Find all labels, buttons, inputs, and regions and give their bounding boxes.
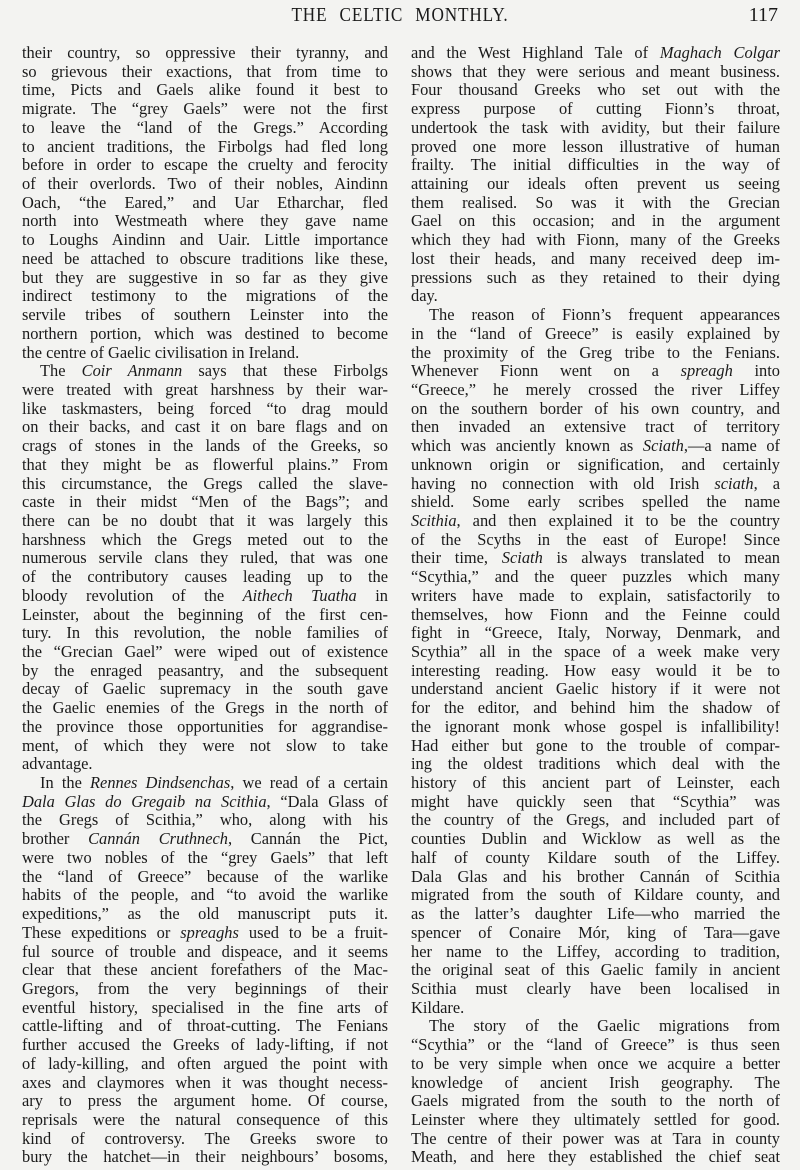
text-line: knowledge of ancient Irish geography. Th… — [411, 1074, 780, 1093]
text-line: Scythia” all in the space of a week make… — [411, 643, 780, 662]
line-text: , a — [754, 474, 780, 493]
text-line: bury the hatchet—in their neighbours’ bo… — [22, 1148, 388, 1167]
page-number: 117 — [749, 4, 778, 27]
line-text: numerous servile clans they ruled, that … — [22, 548, 388, 567]
line-text: expeditions,” as the old manuscript puts… — [22, 904, 388, 923]
italic-term: Aithech Tuatha — [243, 586, 357, 605]
text-line: there can be no doubt that it was largel… — [22, 512, 388, 531]
text-line: tury. In this revolution, the noble fami… — [22, 624, 388, 643]
line-text: shows that they were serious and meant b… — [411, 62, 780, 81]
text-line: “Scythia,” and the queer puzzles which m… — [411, 568, 780, 587]
line-text: there can be no doubt that it was largel… — [22, 511, 388, 530]
line-text: “Scythia” or the “land of Greece” is thu… — [411, 1035, 780, 1054]
line-text: her name to the Liffey, according to tra… — [411, 942, 780, 961]
line-text: ment, of which they were not slow to tak… — [22, 736, 388, 755]
line-text: by the enraged peasantry, and the subseq… — [22, 661, 388, 680]
text-line: for the editor, and behind him the shado… — [411, 699, 780, 718]
text-line: half of county Kildare south of the Liff… — [411, 849, 780, 868]
line-text: “Greece,” he merely crossed the river Li… — [411, 380, 780, 399]
line-text: , “Dala Glass of — [267, 792, 388, 811]
text-line: lost their heads, and many received deep… — [411, 250, 780, 269]
line-text: pressions such as they retained to their… — [411, 268, 780, 287]
italic-term: Sciath — [502, 548, 543, 567]
text-line: bloody revolution of the Aithech Tuatha … — [22, 587, 388, 606]
italic-term: Coir Anmann — [82, 361, 183, 380]
line-text: caste in their midst “Men of the Bags”; … — [22, 492, 388, 511]
line-text: before in order to escape the cruelty an… — [22, 155, 388, 174]
line-text: , and then explained it to be the countr… — [457, 511, 780, 530]
text-line: their country, so oppressive their tyran… — [22, 44, 388, 63]
italic-term: Scithia — [411, 511, 457, 530]
line-text: Scythia” all in the space of a week make… — [411, 642, 780, 661]
text-line: Gregors, from the very beginnings of the… — [22, 980, 388, 999]
text-line: undertook the task with avidity, but the… — [411, 119, 780, 138]
text-line: The story of the Gaelic migrations from — [411, 1017, 780, 1036]
line-text: , we read of a certain — [230, 773, 388, 792]
text-line: expeditions,” as the old manuscript puts… — [22, 905, 388, 924]
line-text: the Gaelic enemies of the Gregs in the n… — [22, 698, 388, 717]
text-line: reprisals were the natural consequence o… — [22, 1111, 388, 1130]
text-line: to Loughs Aindinn and Uair. Little impor… — [22, 231, 388, 250]
line-text: advantage. — [22, 754, 93, 773]
text-line: of the Scyths in the east of Europe! Sin… — [411, 531, 780, 550]
text-line: time, Picts and Gaels alike found it bes… — [22, 81, 388, 100]
line-text: into — [733, 361, 780, 380]
line-text: used to be a fruit- — [239, 923, 388, 942]
line-text: bloody revolution of the — [22, 586, 243, 605]
line-text: the ignorant monk whose gospel is infall… — [411, 717, 780, 736]
line-text: reprisals were the natural consequence o… — [22, 1110, 388, 1129]
line-text: habits of the people, and “to avoid the … — [22, 885, 388, 904]
line-text: Scithia must clearly have been localised… — [411, 979, 780, 998]
line-text: The story of the Gaelic migrations from — [429, 1016, 780, 1035]
text-line: crags of stones in the lands of the Gree… — [22, 437, 388, 456]
line-text: the Gregs of Scithia,” who, along with h… — [22, 810, 388, 829]
running-title: THE CELTIC MONTHLY. — [56, 4, 744, 27]
line-text: brother — [22, 829, 88, 848]
line-text: Leinster, about the beginning of the fir… — [22, 605, 388, 624]
text-line: by the enraged peasantry, and the subseq… — [22, 662, 388, 681]
text-line: to leave the “land of the Gregs.” Accord… — [22, 119, 388, 138]
line-text: writers have made to explain, satisfacto… — [411, 586, 780, 605]
text-line: the ignorant monk whose gospel is infall… — [411, 718, 780, 737]
line-text: their time, — [411, 548, 502, 567]
text-line: habits of the people, and “to avoid the … — [22, 886, 388, 905]
text-line: The Coir Anmann says that these Firbolgs — [22, 362, 388, 381]
text-line: fight in “Greece, Italy, Norway, Denmark… — [411, 624, 780, 643]
text-line: were two nobles of the “grey Gaels” that… — [22, 849, 388, 868]
text-line: clear that these ancient forefathers of … — [22, 961, 388, 980]
page-header: THE CELTIC MONTHLY. 117 — [0, 4, 800, 30]
text-line: In the Rennes Dindsenchas, we read of a … — [22, 774, 388, 793]
line-text: attaining our ideals often prevent us se… — [411, 174, 780, 193]
line-text: knowledge of ancient Irish geography. Th… — [411, 1073, 780, 1092]
text-line: Gaels migrated from the south to the nor… — [411, 1092, 780, 1111]
line-text: need be attached to obscure traditions l… — [22, 249, 388, 268]
line-text: of lady-killing, and often argued the po… — [22, 1054, 388, 1073]
text-line: The centre of their power was at Tara in… — [411, 1130, 780, 1149]
text-line: of their overlords. Two of their nobles,… — [22, 175, 388, 194]
text-line: like taskmasters, being forced “to drag … — [22, 400, 388, 419]
text-line: on their backs, and cast it on bare flag… — [22, 418, 388, 437]
text-line: Had either but gone to the trouble of co… — [411, 737, 780, 756]
line-text: Had either but gone to the trouble of co… — [411, 736, 780, 755]
italic-term: sciath — [714, 474, 753, 493]
line-text: fight in “Greece, Italy, Norway, Denmark… — [411, 623, 780, 642]
text-line: migrated from the south of Kildare count… — [411, 886, 780, 905]
line-text: ,—a name of — [684, 436, 780, 455]
italic-term: Sciath — [643, 436, 684, 455]
line-text: which they had with Fionn, many of the G… — [411, 230, 780, 249]
line-text: unknown origin or signification, and cer… — [411, 455, 780, 474]
text-line: the centre of Gaelic civilisation in Ire… — [22, 344, 388, 363]
text-line: ment, of which they were not slow to tak… — [22, 737, 388, 756]
line-text: were treated with great harshness by the… — [22, 380, 388, 399]
italic-term: Cannán Cruthnech — [88, 829, 228, 848]
line-text: spencer of Conaire Mór, king of Tara—gav… — [411, 923, 780, 942]
text-line: the “land of Greece” because of the warl… — [22, 868, 388, 887]
line-text: the proximity of the Greg tribe to the F… — [411, 343, 780, 362]
line-text: like taskmasters, being forced “to drag … — [22, 399, 388, 418]
line-text: Dala Glas and his brother Cannán of Scit… — [411, 867, 780, 886]
line-text: frailty. The initial difficulties in the… — [411, 155, 780, 174]
line-text: time, Picts and Gaels alike found it bes… — [22, 80, 388, 99]
text-line: on the southern border of his own countr… — [411, 400, 780, 419]
text-line: before in order to escape the cruelty an… — [22, 156, 388, 175]
line-text: indirect testimony to the migrations of … — [22, 286, 388, 305]
text-line: them realised. So was it with the Grecia… — [411, 194, 780, 213]
text-line: axes and claymores when it was thought n… — [22, 1074, 388, 1093]
text-line: indirect testimony to the migrations of … — [22, 287, 388, 306]
line-text: the original seat of this Gaelic family … — [411, 960, 780, 979]
text-line: were treated with great harshness by the… — [22, 381, 388, 400]
text-line: having no connection with old Irish scia… — [411, 475, 780, 494]
line-text: which was anciently known as — [411, 436, 643, 455]
line-text: to leave the “land of the Gregs.” Accord… — [22, 118, 388, 137]
line-text: Meath, and here they established the chi… — [411, 1147, 780, 1166]
text-line: eventful history, specialised in the fin… — [22, 999, 388, 1018]
text-line: the province those opportunities for agg… — [22, 718, 388, 737]
text-line: “Scythia” or the “land of Greece” is thu… — [411, 1036, 780, 1055]
line-text: ary to press the argument home. Of cours… — [22, 1091, 388, 1110]
line-text: axes and claymores when it was thought n… — [22, 1073, 388, 1092]
text-line: advantage. — [22, 755, 388, 774]
text-line: These expeditions or spreaghs used to be… — [22, 924, 388, 943]
line-text: proved one more lesson illustrative of h… — [411, 137, 780, 156]
line-text: the “Grecian Gael” were wiped out of exi… — [22, 642, 388, 661]
line-text: that they might be as flowerful plains.”… — [22, 455, 388, 474]
line-text: clear that these ancient forefathers of … — [22, 960, 388, 979]
line-text: decay of Gaelic supremacy in the south g… — [22, 679, 388, 698]
line-text: to Loughs Aindinn and Uair. Little impor… — [22, 230, 388, 249]
line-text: themselves, how Fionn and the Feinne cou… — [411, 605, 780, 624]
italic-term: spreagh — [681, 361, 733, 380]
text-line: north into Westmeath where they gave nam… — [22, 212, 388, 231]
text-line: brother Cannán Cruthnech, Cannán the Pic… — [22, 830, 388, 849]
text-line: decay of Gaelic supremacy in the south g… — [22, 680, 388, 699]
line-text: so grievous their exactions, that from t… — [22, 62, 388, 81]
text-line: to ancient traditions, the Firbolgs had … — [22, 138, 388, 157]
line-text: their country, so oppressive their tyran… — [22, 43, 388, 62]
line-text: of their overlords. Two of their nobles,… — [22, 174, 388, 193]
line-text: on the southern border of his own countr… — [411, 399, 780, 418]
text-line: the Gregs of Scithia,” who, along with h… — [22, 811, 388, 830]
line-text: Four thousand Greeks who set out with th… — [411, 80, 780, 99]
line-text: Leinster where they ultimately settled f… — [411, 1110, 780, 1129]
left-column: their country, so oppressive their tyran… — [22, 44, 388, 1167]
line-text: ful source of trouble and dispeace, and … — [22, 942, 388, 961]
line-text: ing the oldest traditions which deal wit… — [411, 754, 780, 773]
text-line: Leinster where they ultimately settled f… — [411, 1111, 780, 1130]
text-line: harshness which the Gregs meted out to t… — [22, 531, 388, 550]
line-text: The reason of Fionn’s frequent appearanc… — [429, 305, 780, 324]
text-line: Four thousand Greeks who set out with th… — [411, 81, 780, 100]
text-line: Oach, “the Eared,” and Uar Etharchar, fl… — [22, 194, 388, 213]
text-line: cattle-lifting and of throat-cutting. Th… — [22, 1017, 388, 1036]
line-text: Gregors, from the very beginnings of the… — [22, 979, 388, 998]
line-text: lost their heads, and many received deep… — [411, 249, 780, 268]
text-line: counties Dublin and Wicklow as well as t… — [411, 830, 780, 849]
text-line: need be attached to obscure traditions l… — [22, 250, 388, 269]
line-text: half of county Kildare south of the Liff… — [411, 848, 780, 867]
line-text: is always translated to mean — [543, 548, 780, 567]
text-line: frailty. The initial difficulties in the… — [411, 156, 780, 175]
text-line: the proximity of the Greg tribe to the F… — [411, 344, 780, 363]
line-text: day. — [411, 286, 438, 305]
text-line: history of this ancient part of Leinster… — [411, 774, 780, 793]
text-line: might have quickly seen that “Scythia” w… — [411, 793, 780, 812]
line-text: understand ancient Gaelic history if it … — [411, 679, 780, 698]
line-text: shield. Some early scribes spelled the n… — [411, 492, 780, 511]
text-line: pressions such as they retained to their… — [411, 269, 780, 288]
line-text: migrate. The “grey Gaels” were not the f… — [22, 99, 388, 118]
text-line: which they had with Fionn, many of the G… — [411, 231, 780, 250]
line-text: the country of the Gregs, and included p… — [411, 810, 780, 829]
line-text: express purpose of cutting Fionn’s throa… — [411, 99, 780, 118]
line-text: servile tribes of southern Leinster into… — [22, 305, 388, 324]
line-text: further accused the Greeks of lady-lifti… — [22, 1035, 388, 1054]
line-text: were two nobles of the “grey Gaels” that… — [22, 848, 388, 867]
text-line: Meath, and here they established the chi… — [411, 1148, 780, 1167]
line-text: cattle-lifting and of throat-cutting. Th… — [22, 1016, 388, 1035]
line-text: undertook the task with avidity, but the… — [411, 118, 780, 137]
text-line: ary to press the argument home. Of cours… — [22, 1092, 388, 1111]
line-text: counties Dublin and Wicklow as well as t… — [411, 829, 780, 848]
text-line: attaining our ideals often prevent us se… — [411, 175, 780, 194]
text-line: The reason of Fionn’s frequent appearanc… — [411, 306, 780, 325]
line-text: might have quickly seen that “Scythia” w… — [411, 792, 780, 811]
line-text: of the Scyths in the east of Europe! Sin… — [411, 530, 780, 549]
line-text: harshness which the Gregs meted out to t… — [22, 530, 388, 549]
line-text: tury. In this revolution, the noble fami… — [22, 623, 388, 642]
text-line: which was anciently known as Sciath,—a n… — [411, 437, 780, 456]
text-line: kind of controversy. The Greeks swore to — [22, 1130, 388, 1149]
line-text: Gaels migrated from the south to the nor… — [411, 1091, 780, 1110]
italic-term: spreaghs — [180, 923, 239, 942]
line-text: north into Westmeath where they gave nam… — [22, 211, 388, 230]
text-line: Gael on this occasion; and in the argume… — [411, 212, 780, 231]
right-column: and the West Highland Tale of Maghach Co… — [411, 44, 780, 1167]
text-line: ful source of trouble and dispeace, and … — [22, 943, 388, 962]
line-text: then invaded an extensive tract of terri… — [411, 417, 780, 436]
line-text: for the editor, and behind him the shado… — [411, 698, 780, 717]
text-line: writers have made to explain, satisfacto… — [411, 587, 780, 606]
text-line: ing the oldest traditions which deal wit… — [411, 755, 780, 774]
text-line: their time, Sciath is always translated … — [411, 549, 780, 568]
text-line: Scithia must clearly have been localised… — [411, 980, 780, 999]
text-line: Kildare. — [411, 999, 780, 1018]
line-text: The — [40, 361, 82, 380]
text-line: so grievous their exactions, that from t… — [22, 63, 388, 82]
line-text: migrated from the south of Kildare count… — [411, 885, 780, 904]
text-line: of lady-killing, and often argued the po… — [22, 1055, 388, 1074]
line-text: bury the hatchet—in their neighbours’ bo… — [22, 1147, 388, 1166]
text-line: Whenever Fionn went on a spreagh into — [411, 362, 780, 381]
line-text: eventful history, specialised in the fin… — [22, 998, 388, 1017]
text-line: day. — [411, 287, 780, 306]
line-text: history of this ancient part of Leinster… — [411, 773, 780, 792]
text-line: in the “land of Greece” is easily explai… — [411, 325, 780, 344]
text-line: interesting reading. How easy would it b… — [411, 662, 780, 681]
text-line: northern portion, which was destined to … — [22, 325, 388, 344]
text-line: Dala Glas do Gregaib na Scithia, “Dala G… — [22, 793, 388, 812]
text-line: caste in their midst “Men of the Bags”; … — [22, 493, 388, 512]
line-text: in the “land of Greece” is easily explai… — [411, 324, 780, 343]
line-text: Gael on this occasion; and in the argume… — [411, 211, 780, 230]
line-text: kind of controversy. The Greeks swore to — [22, 1129, 388, 1148]
text-line: express purpose of cutting Fionn’s throa… — [411, 100, 780, 119]
line-text: crags of stones in the lands of the Gree… — [22, 436, 388, 455]
line-text: and the West Highland Tale of — [411, 43, 660, 62]
text-line: then invaded an extensive tract of terri… — [411, 418, 780, 437]
line-text: them realised. So was it with the Grecia… — [411, 193, 780, 212]
text-line: but they are suggestive in so far as the… — [22, 269, 388, 288]
italic-term: Dala Glas do Gregaib na Scithia — [22, 792, 267, 811]
text-line: shows that they were serious and meant b… — [411, 63, 780, 82]
text-line: the country of the Gregs, and included p… — [411, 811, 780, 830]
line-text: on their backs, and cast it on bare flag… — [22, 417, 388, 436]
line-text: Kildare. — [411, 998, 464, 1017]
line-text: Oach, “the Eared,” and Uar Etharchar, fl… — [22, 193, 388, 212]
text-line: Leinster, about the beginning of the fir… — [22, 606, 388, 625]
line-text: the centre of Gaelic civilisation in Ire… — [22, 343, 299, 362]
text-line: numerous servile clans they ruled, that … — [22, 549, 388, 568]
text-line: Dala Glas and his brother Cannán of Scit… — [411, 868, 780, 887]
text-line: servile tribes of southern Leinster into… — [22, 306, 388, 325]
line-text: to be very simple when once we acquire a… — [411, 1054, 780, 1073]
text-line: this circumstance, the Gregs called the … — [22, 475, 388, 494]
line-text: These expeditions or — [22, 923, 180, 942]
line-text: northern portion, which was destined to … — [22, 324, 388, 343]
text-line: migrate. The “grey Gaels” were not the f… — [22, 100, 388, 119]
line-text: the province those opportunities for agg… — [22, 717, 388, 736]
text-line: shield. Some early scribes spelled the n… — [411, 493, 780, 512]
text-line: unknown origin or signification, and cer… — [411, 456, 780, 475]
italic-term: Rennes Dindsenchas — [90, 773, 230, 792]
italic-term: Maghach Colgar — [660, 43, 780, 62]
text-line: proved one more lesson illustrative of h… — [411, 138, 780, 157]
text-line: “Greece,” he merely crossed the river Li… — [411, 381, 780, 400]
line-text: “Scythia,” and the queer puzzles which m… — [411, 567, 780, 586]
line-text: to ancient traditions, the Firbolgs had … — [22, 137, 388, 156]
text-line: of the contributory causes leading up to… — [22, 568, 388, 587]
line-text: as the latter’s daughter Life—who marrie… — [411, 904, 780, 923]
line-text: but they are suggestive in so far as the… — [22, 268, 388, 287]
line-text: Whenever Fionn went on a — [411, 361, 681, 380]
text-line: the “Grecian Gael” were wiped out of exi… — [22, 643, 388, 662]
text-line: and the West Highland Tale of Maghach Co… — [411, 44, 780, 63]
text-line: as the latter’s daughter Life—who marrie… — [411, 905, 780, 924]
line-text: , Cannán the Pict, — [228, 829, 388, 848]
text-line: themselves, how Fionn and the Feinne cou… — [411, 606, 780, 625]
text-line: further accused the Greeks of lady-lifti… — [22, 1036, 388, 1055]
line-text: The centre of their power was at Tara in… — [411, 1129, 780, 1148]
text-line: Scithia, and then explained it to be the… — [411, 512, 780, 531]
text-line: to be very simple when once we acquire a… — [411, 1055, 780, 1074]
line-text: says that these Firbolgs — [182, 361, 388, 380]
line-text: having no connection with old Irish — [411, 474, 714, 493]
line-text: the “land of Greece” because of the warl… — [22, 867, 388, 886]
line-text: In the — [40, 773, 90, 792]
line-text: in — [357, 586, 388, 605]
text-line: the original seat of this Gaelic family … — [411, 961, 780, 980]
text-line: understand ancient Gaelic history if it … — [411, 680, 780, 699]
text-line: her name to the Liffey, according to tra… — [411, 943, 780, 962]
text-line: that they might be as flowerful plains.”… — [22, 456, 388, 475]
line-text: this circumstance, the Gregs called the … — [22, 474, 388, 493]
text-line: spencer of Conaire Mór, king of Tara—gav… — [411, 924, 780, 943]
line-text: of the contributory causes leading up to… — [22, 567, 388, 586]
text-line: the Gaelic enemies of the Gregs in the n… — [22, 699, 388, 718]
line-text: interesting reading. How easy would it b… — [411, 661, 780, 680]
